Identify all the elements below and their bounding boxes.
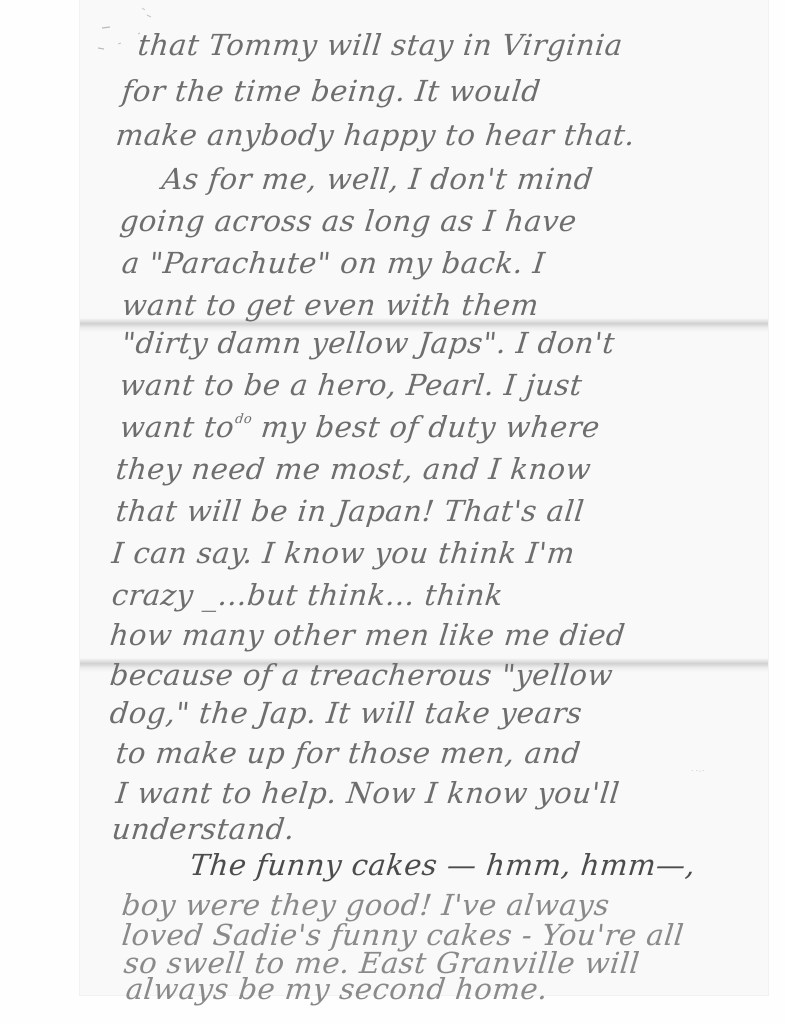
letter-line-25: always be my second home. <box>124 972 550 1006</box>
letter-line-22: boy were they good! I've always <box>120 888 611 922</box>
letter-line-9: want to be a hero, Pearl. I just <box>118 368 584 402</box>
letter-line-18: to make up for those men, and <box>114 736 582 770</box>
letter-line-21: The funny cakes — hmm, hmm—, <box>188 848 697 882</box>
letter-line-14: crazy _...but think... think <box>110 578 505 612</box>
eraser-smudge: ˙˙′˙ <box>690 770 718 778</box>
letter-line-5: going across as long as I have <box>118 204 578 238</box>
letter-line-20: understand. <box>110 812 296 846</box>
letter-line-3: make anybody happy to hear that. <box>114 118 637 152</box>
letter-line-10: want todo my best of duty where <box>118 410 601 444</box>
letter-line-15: how many other men like me died <box>108 618 627 652</box>
letter-line-16: because of a treacherous "yellow <box>108 658 615 692</box>
letter-line-4: As for me, well, I don't mind <box>160 162 595 196</box>
letter-line-2: for the time being. It would <box>120 74 542 108</box>
line-10-rest: my best of duty where <box>259 410 601 444</box>
letter-line-8: "dirty damn yellow Japs". I don't <box>120 326 616 360</box>
letter-line-13: I can say. I know you think I'm <box>110 536 576 570</box>
letter-line-1: that Tommy will stay in Virginia <box>136 28 624 62</box>
letter-line-11: they need me most, and I know <box>114 452 593 486</box>
letter-line-7: want to get even with them <box>120 288 540 322</box>
letter-line-6: a "Parachute" on my back. I <box>120 246 547 280</box>
letter-line-17: dog," the Jap. It will take years <box>108 696 584 730</box>
letter-line-19: I want to help. Now I know you'll <box>114 776 621 810</box>
inserted-word-do: do <box>234 412 253 427</box>
letter-line-12: that will be in Japan! That's all <box>114 494 586 528</box>
letter-page: that Tommy will stay in Virginia for the… <box>80 0 768 995</box>
line-10-start: want to <box>118 410 236 444</box>
